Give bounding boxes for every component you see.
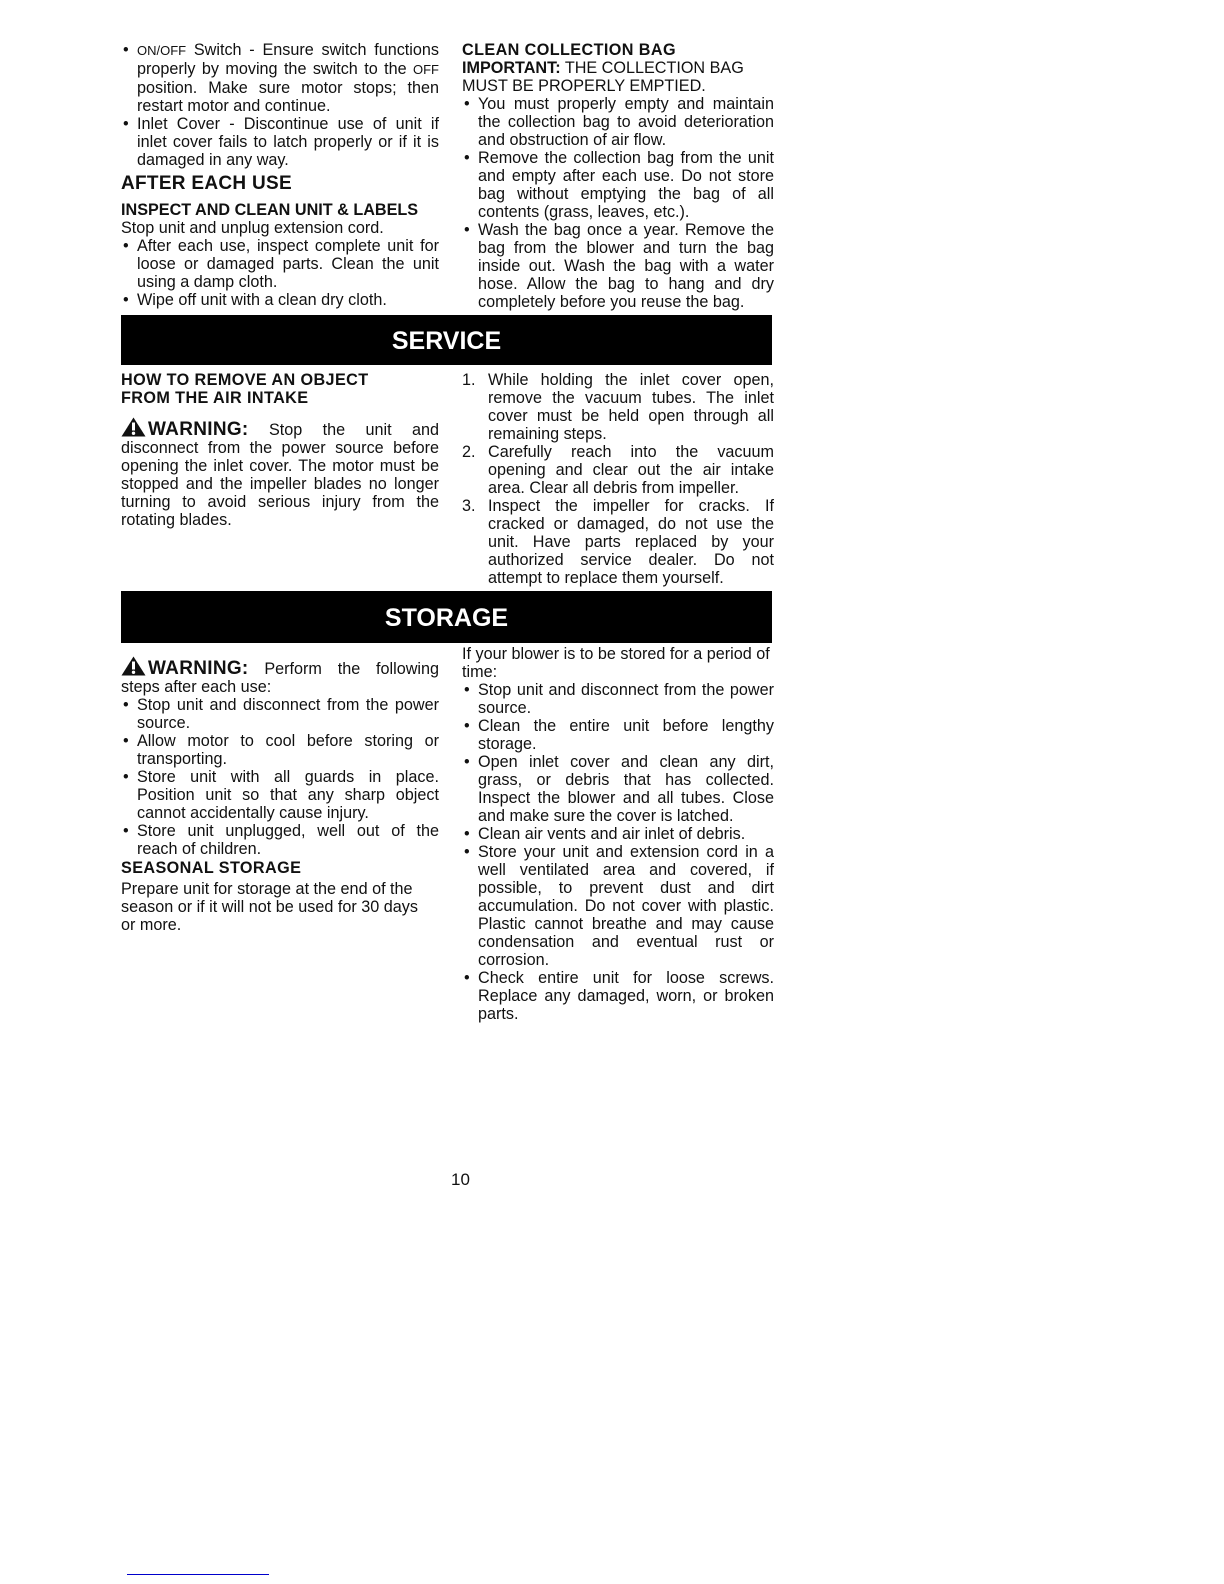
storage-warning: WARNING: Perform the following steps aft… <box>121 656 439 696</box>
clean-collection-bag-heading: CLEAN COLLECTION BAG <box>462 41 774 59</box>
list-item: Wash the bag once a year. Remove the bag… <box>462 221 774 311</box>
off-label: OFF <box>413 62 439 77</box>
step-item: 2.Carefully reach into the vacuum openin… <box>462 443 774 497</box>
warning-triangle-icon <box>121 417 146 437</box>
list-item: Allow motor to cool before storing or tr… <box>121 732 439 768</box>
page-number: 10 <box>451 1170 470 1190</box>
service-right-column: 1.While holding the inlet cover open, re… <box>462 371 774 587</box>
storage-banner: STORAGE <box>121 591 772 643</box>
list-item: Stop unit and disconnect from the power … <box>121 696 439 732</box>
after-use-storage-list: Stop unit and disconnect from the power … <box>121 696 439 858</box>
storage-left-column: WARNING: Perform the following steps aft… <box>121 656 439 934</box>
storage-banner-title: STORAGE <box>385 591 508 645</box>
list-item: Store unit unplugged, well out of the re… <box>121 822 439 858</box>
list-item: Clean air vents and air inlet of debris. <box>462 825 774 843</box>
onoff-label: ON/OFF <box>137 43 186 58</box>
service-left-column: HOW TO REMOVE AN OBJECT FROM THE AIR INT… <box>121 371 439 529</box>
list-item: You must properly empty and maintain the… <box>462 95 774 149</box>
service-steps: 1.While holding the inlet cover open, re… <box>462 371 774 587</box>
warning-label: WARNING: <box>148 658 249 679</box>
storage-intro: If your blower is to be stored for a per… <box>462 645 774 681</box>
list-item: Open inlet cover and clean any dirt, gra… <box>462 753 774 825</box>
list-item: Wipe off unit with a clean dry cloth. <box>121 291 439 309</box>
seasonal-storage-heading: SEASONAL STORAGE <box>121 859 439 877</box>
storage-right-column: If your blower is to be stored for a per… <box>462 645 774 1023</box>
list-item: ON/OFF Switch - Ensure switch functions … <box>121 41 439 115</box>
service-banner: SERVICE <box>121 315 772 365</box>
list-item: Check entire unit for loose screws. Repl… <box>462 969 774 1023</box>
important-note: IMPORTANT: THE COLLECTION BAG MUST BE PR… <box>462 59 774 95</box>
top-left-column: ON/OFF Switch - Ensure switch functions … <box>121 41 439 309</box>
list-item: Remove the collection bag from the unit … <box>462 149 774 221</box>
operation-check-list: ON/OFF Switch - Ensure switch functions … <box>121 41 439 169</box>
warning-label: WARNING: <box>148 419 249 440</box>
after-each-use-heading: AFTER EACH USE <box>121 173 439 195</box>
list-item: After each use, inspect complete unit fo… <box>121 237 439 291</box>
collection-bag-list: You must properly empty and maintain the… <box>462 95 774 311</box>
long-term-storage-list: Stop unit and disconnect from the power … <box>462 681 774 1023</box>
list-item: Inlet Cover - Discontinue use of unit if… <box>121 115 439 169</box>
list-item: Store your unit and extension cord in a … <box>462 843 774 969</box>
list-item: Stop unit and disconnect from the power … <box>462 681 774 717</box>
step-item: 3.Inspect the impeller for cracks. If cr… <box>462 497 774 587</box>
inspect-list: After each use, inspect complete unit fo… <box>121 237 439 309</box>
footer-link-underline[interactable] <box>127 1574 269 1575</box>
remove-object-heading: HOW TO REMOVE AN OBJECT FROM THE AIR INT… <box>121 371 439 407</box>
important-label: IMPORTANT: <box>462 59 561 77</box>
inspect-clean-heading: INSPECT AND CLEAN UNIT & LABELS <box>121 201 439 219</box>
service-banner-title: SERVICE <box>392 315 501 367</box>
warning-triangle-icon <box>121 656 146 676</box>
step-item: 1.While holding the inlet cover open, re… <box>462 371 774 443</box>
top-right-column: CLEAN COLLECTION BAG IMPORTANT: THE COLL… <box>462 41 774 311</box>
seasonal-storage-text: Prepare unit for storage at the end of t… <box>121 880 421 934</box>
inspect-intro: Stop unit and unplug extension cord. <box>121 219 439 237</box>
service-warning: WARNING: Stop the unit and disconnect fr… <box>121 417 439 529</box>
list-item: Store unit with all guards in place. Pos… <box>121 768 439 822</box>
list-item: Clean the entire unit before lengthy sto… <box>462 717 774 753</box>
